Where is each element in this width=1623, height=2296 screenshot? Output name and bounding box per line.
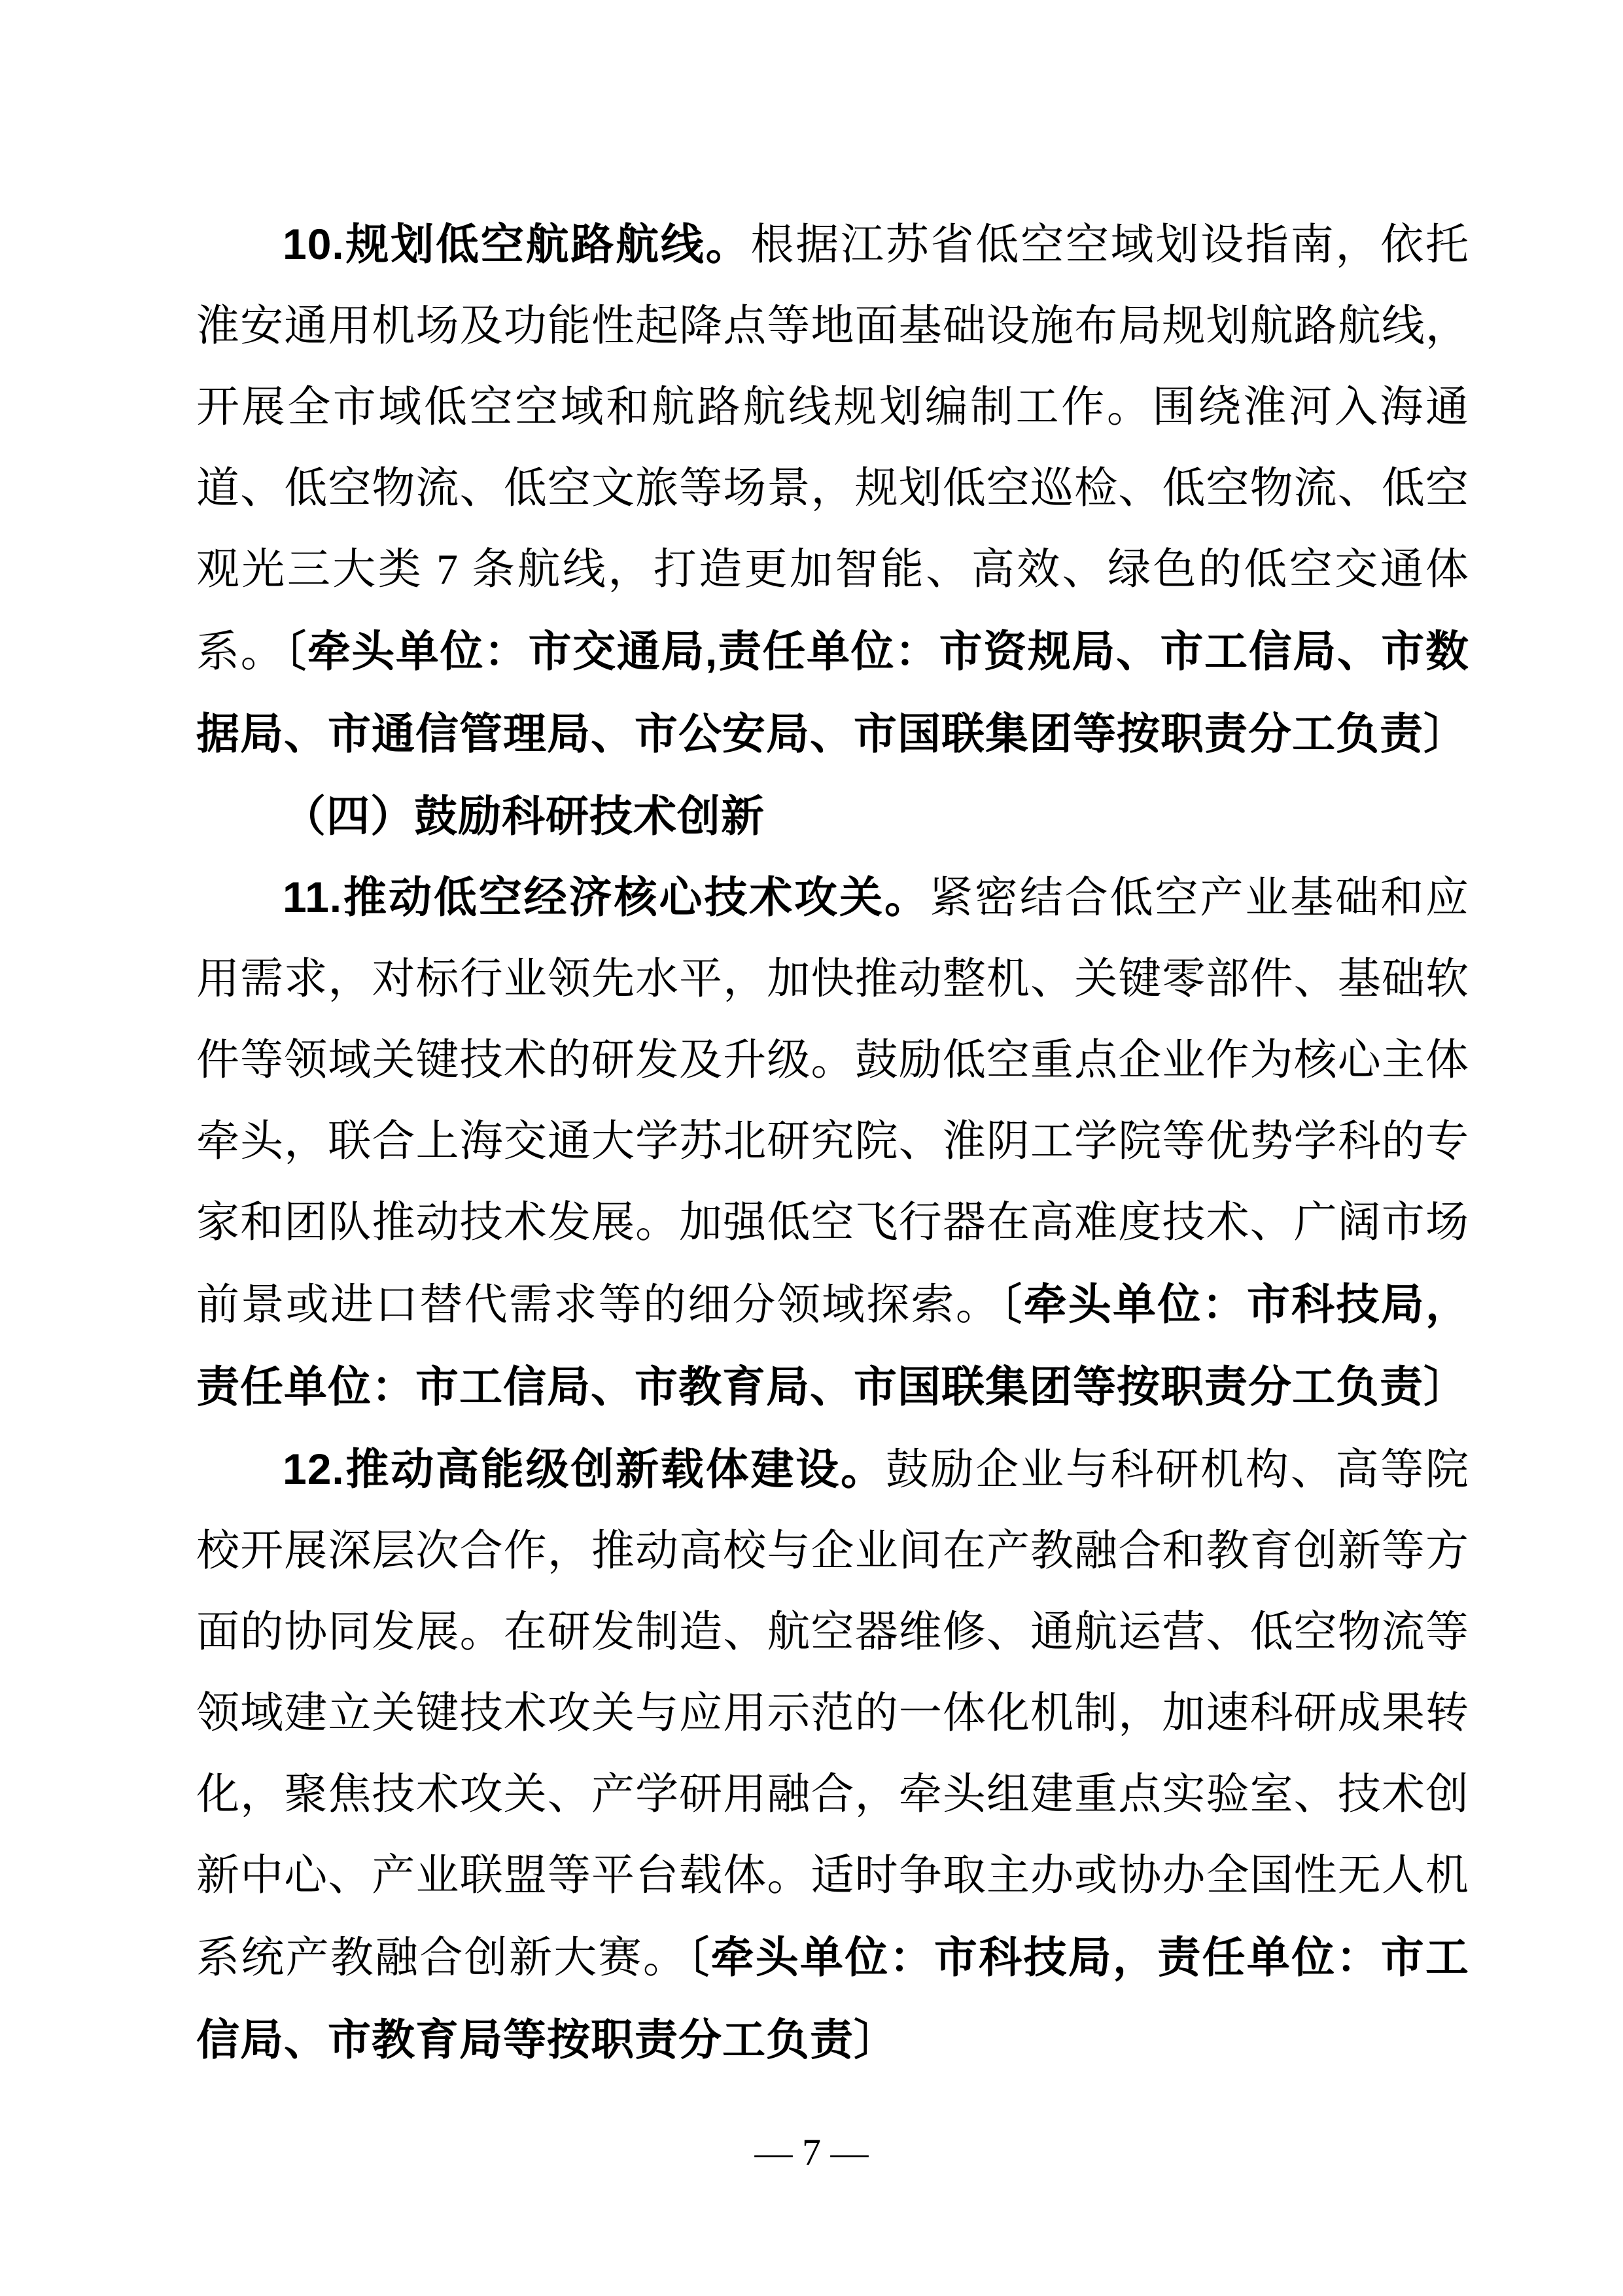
paragraph-11-lead: 11.推动低空经济核心技术攻关。 [283,873,930,921]
page-number: — 7 — [755,2131,869,2174]
paragraph-12-lead: 12.推动高能级创新载体建设。 [283,1445,886,1493]
paragraph-12: 12.推动高能级创新载体建设。鼓励企业与科研机构、高等院校开展深层次合作，推动高… [196,1428,1469,2081]
paragraph-12-body: 鼓励企业与科研机构、高等院校开展深层次合作，推动高校与企业间在产教融合和教育创新… [196,1446,1469,1982]
document-page: 10.规划低空航路航线。根据江苏省低空空域划设指南，依托淮安通用机场及功能性起降… [0,0,1623,2296]
section-heading-4-label: （四）鼓励科研技术创新 [283,792,765,840]
paragraph-11: 11.推动低空经济核心技术攻关。紧密结合低空产业基础和应用需求，对标行业领先水平… [196,857,1469,1428]
paragraph-10-body: 根据江苏省低空空域划设指南，依托淮安通用机场及功能性起降点等地面基础设施布局规划… [196,221,1469,676]
paragraph-10: 10.规划低空航路航线。根据江苏省低空空域划设指南，依托淮安通用机场及功能性起降… [196,203,1469,775]
paragraph-11-body: 紧密结合低空产业基础和应用需求，对标行业领先水平，加快推动整机、关键零部件、基础… [196,874,1469,1329]
paragraph-10-annotation: 〔牵头单位：市交通局,责任单位：市资规局、市工信局、市数据局、市通信管理局、市公… [196,627,1469,758]
page-footer: — 7 — [0,2128,1623,2178]
section-heading-4: （四）鼓励科研技术创新 [196,775,1469,857]
document-body: 10.规划低空航路航线。根据江苏省低空空域划设指南，依托淮安通用机场及功能性起降… [196,203,1469,2081]
paragraph-10-lead: 10.规划低空航路航线。 [283,220,750,268]
